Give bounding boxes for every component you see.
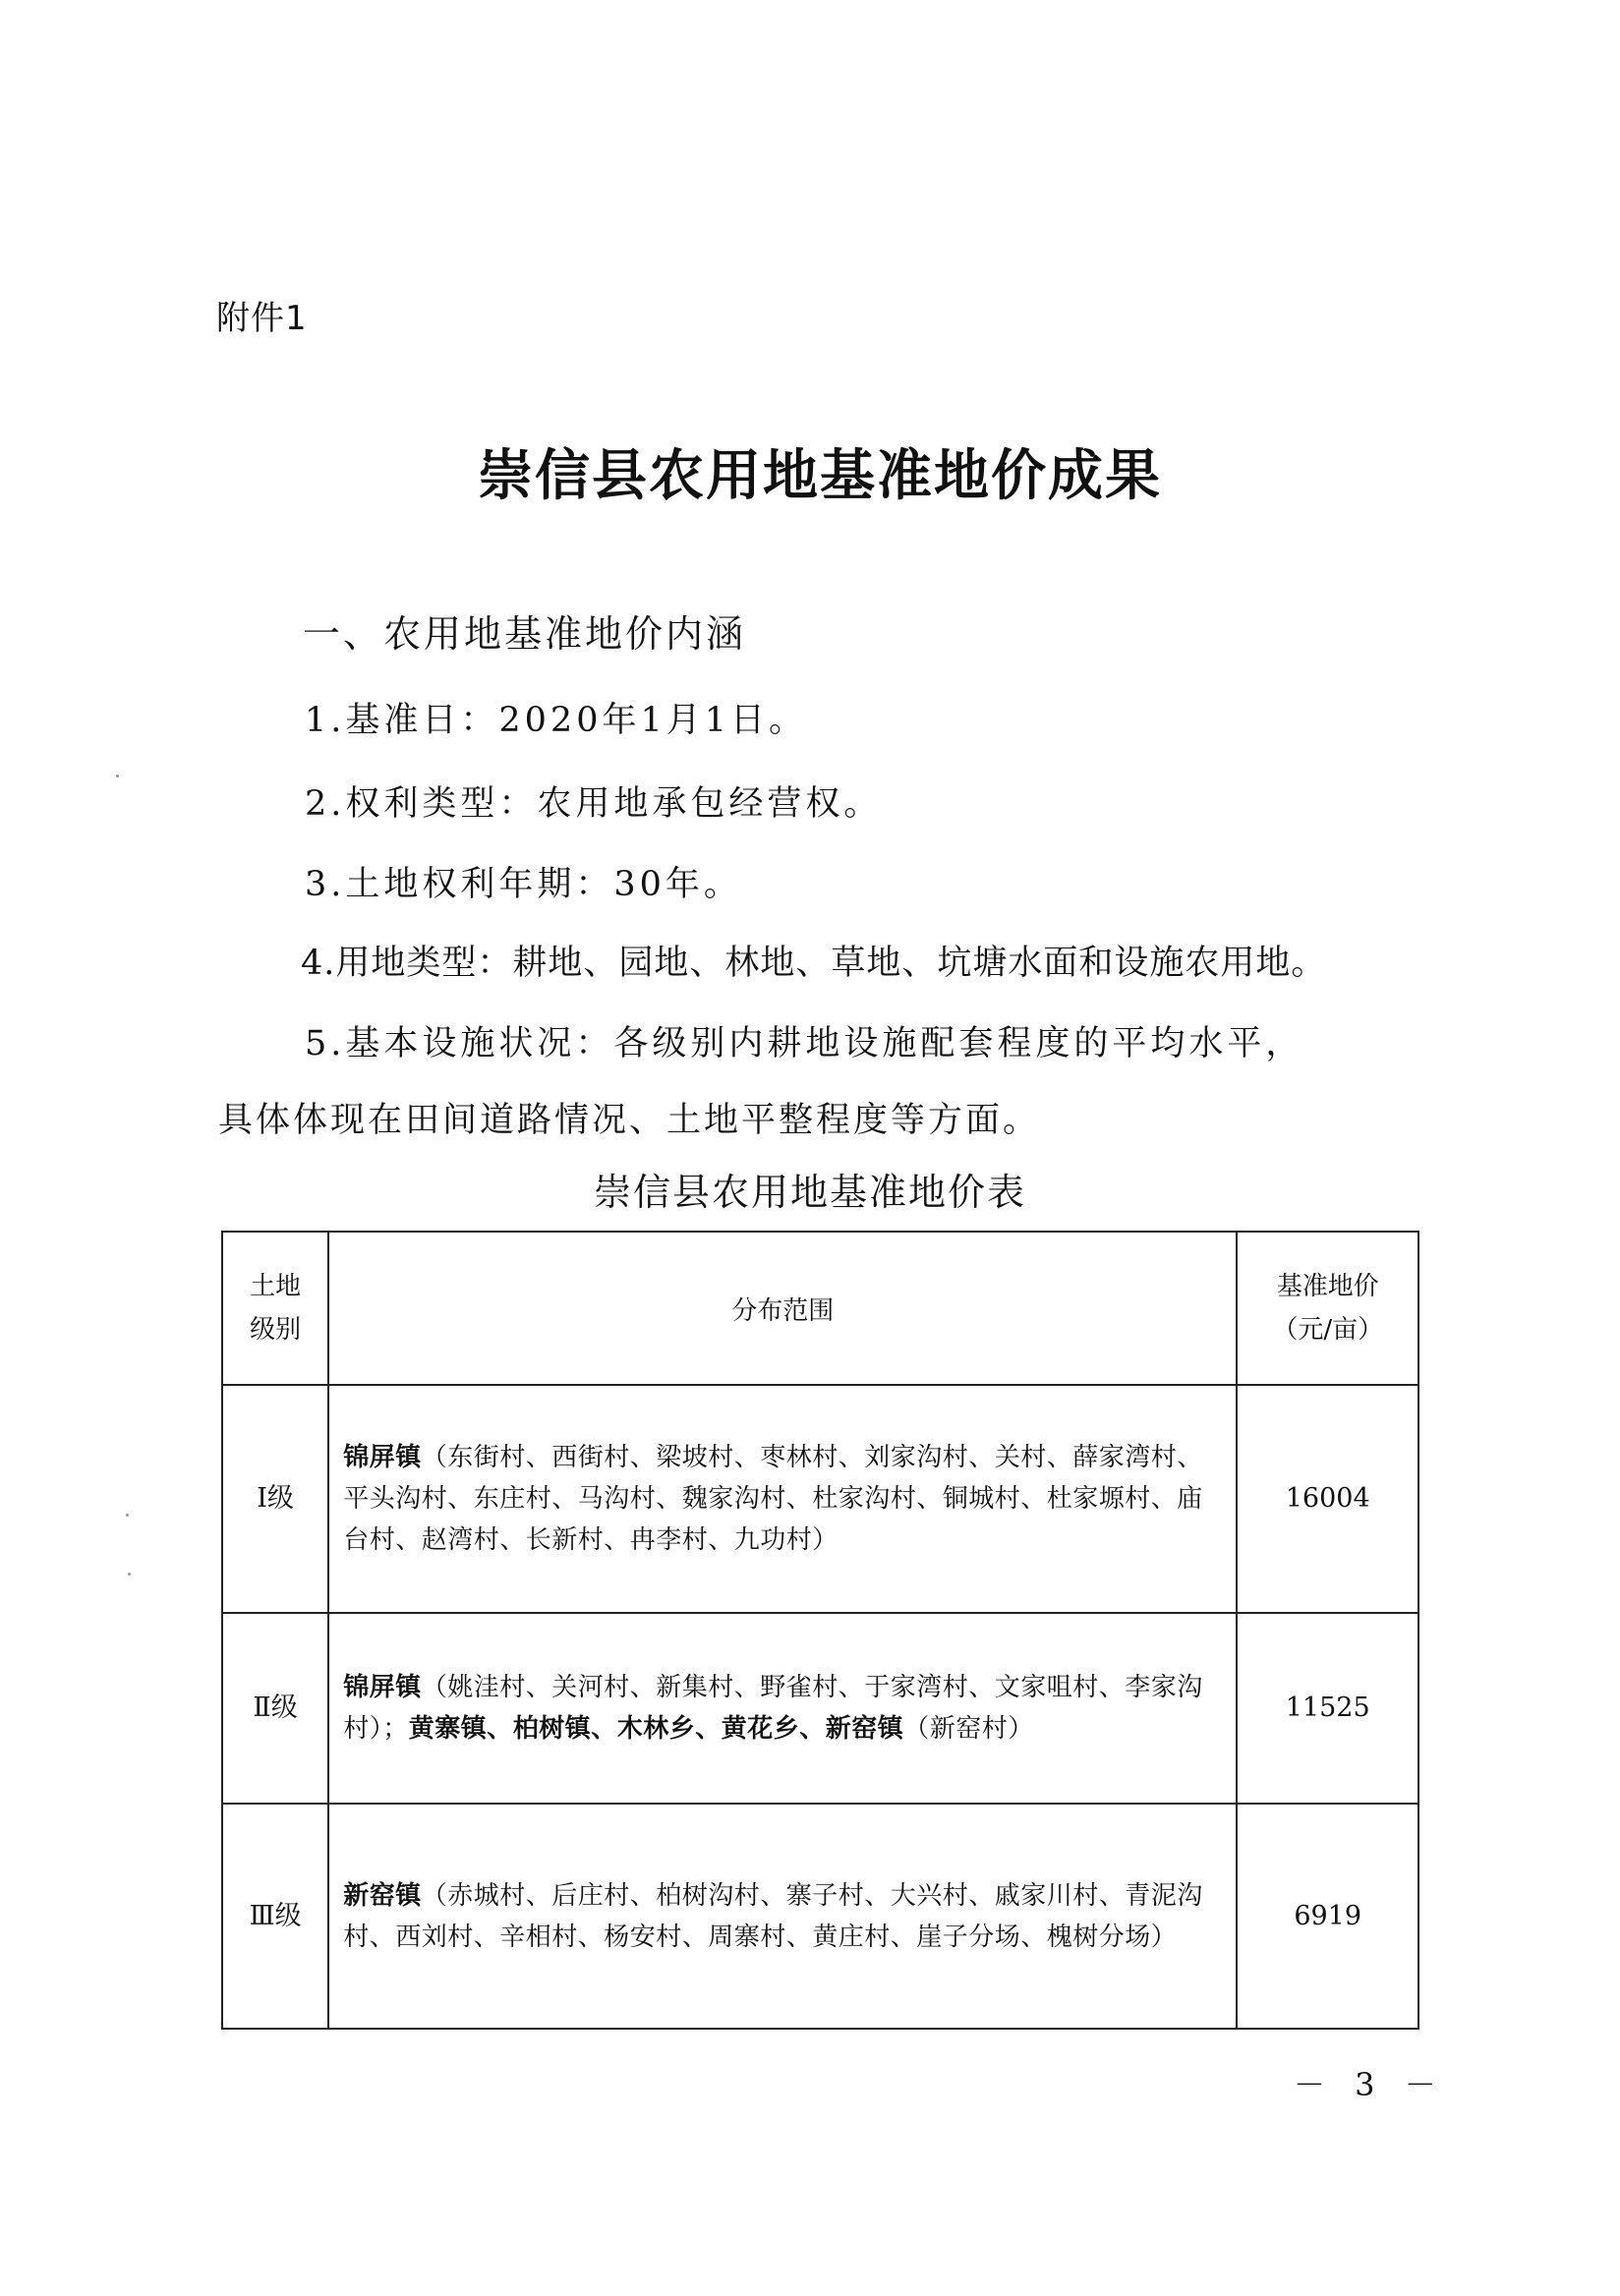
- scan-speck: [128, 1573, 131, 1576]
- price-cell: 6919: [1237, 1804, 1418, 2029]
- range-cell: 新窑镇（赤城村、后庄村、柏树沟村、寨子村、大兴村、戚家川村、青泥沟村、西刘村、辛…: [328, 1804, 1237, 2029]
- header-grade-line2: 级别: [224, 1308, 326, 1351]
- header-price-line1: 基准地价: [1239, 1265, 1417, 1308]
- header-price: 基准地价 （元/亩）: [1237, 1232, 1418, 1385]
- range-towns: 黄寨镇、柏树镇、木林乡、黄花乡、新窑镇: [409, 1714, 904, 1744]
- document-page: 附件1 崇信县农用地基准地价成果 一、农用地基准地价内涵 1.基准日：2020年…: [0, 0, 1620, 2296]
- header-price-line2: （元/亩）: [1239, 1308, 1417, 1351]
- range-cell: 锦屏镇（姚洼村、关河村、新集村、野雀村、于家湾村、文家咀村、李家沟村）；黄寨镇、…: [328, 1613, 1237, 1804]
- price-cell: 11525: [1237, 1613, 1418, 1804]
- land-price-table: 土地 级别 分布范围 基准地价 （元/亩） Ⅰ级 锦屏镇（东街村、西街村、梁坡村…: [221, 1231, 1419, 2030]
- header-grade: 土地 级别: [222, 1232, 328, 1385]
- grade-cell: Ⅱ级: [222, 1613, 328, 1804]
- header-range: 分布范围: [328, 1232, 1237, 1385]
- range-villages: （赤城村、后庄村、柏树沟村、寨子村、大兴村、戚家川村、青泥沟村、西刘村、辛相村、…: [343, 1881, 1203, 1952]
- item-term: 3.土地权利年期：30年。: [305, 857, 742, 906]
- table-row: Ⅱ级 锦屏镇（姚洼村、关河村、新集村、野雀村、于家湾村、文家咀村、李家沟村）；黄…: [222, 1613, 1418, 1804]
- range-town: 新窑镇: [343, 1881, 422, 1911]
- item-base-date: 1.基准日：2020年1月1日。: [305, 693, 807, 742]
- item-infrastructure-continuation: 具体体现在田间道路情况、土地平整程度等方面。: [218, 1093, 1040, 1142]
- grade-cell: Ⅲ级: [222, 1804, 328, 2029]
- scan-speck: [126, 1514, 129, 1517]
- table-title: 崇信县农用地基准地价表: [0, 1162, 1620, 1216]
- range-town: 锦屏镇: [343, 1673, 422, 1702]
- attachment-label: 附件1: [216, 291, 308, 339]
- scan-speck: [116, 775, 119, 777]
- item-right-type: 2.权利类型：农用地承包经营权。: [305, 776, 882, 826]
- range-villages: （新窑村）: [903, 1714, 1034, 1744]
- price-cell: 16004: [1237, 1385, 1418, 1613]
- header-grade-line1: 土地: [224, 1265, 326, 1308]
- grade-cell: Ⅰ级: [222, 1385, 328, 1613]
- range-villages: （东街村、西街村、梁坡村、枣林村、刘家沟村、关村、薛家湾村、平头沟村、东庄村、马…: [343, 1443, 1203, 1555]
- section-heading: 一、农用地基准地价内涵: [303, 603, 746, 658]
- document-title: 崇信县农用地基准地价成果: [0, 432, 1620, 511]
- item-infrastructure: 5.基本设施状况：各级别内耕地设施配套程度的平均水平，: [305, 1016, 1303, 1065]
- page-number: － 3 －: [1294, 2060, 1446, 2105]
- range-cell: 锦屏镇（东街村、西街村、梁坡村、枣林村、刘家沟村、关村、薛家湾村、平头沟村、东庄…: [328, 1385, 1237, 1613]
- range-town: 锦屏镇: [343, 1443, 422, 1472]
- table-row: Ⅰ级 锦屏镇（东街村、西街村、梁坡村、枣林村、刘家沟村、关村、薛家湾村、平头沟村…: [222, 1385, 1418, 1613]
- table-row: Ⅲ级 新窑镇（赤城村、后庄村、柏树沟村、寨子村、大兴村、戚家川村、青泥沟村、西刘…: [222, 1804, 1418, 2029]
- table-header-row: 土地 级别 分布范围 基准地价 （元/亩）: [222, 1232, 1418, 1385]
- item-land-use-types: 4.用地类型：耕地、园地、林地、草地、坑塘水面和设施农用地。: [301, 936, 1326, 985]
